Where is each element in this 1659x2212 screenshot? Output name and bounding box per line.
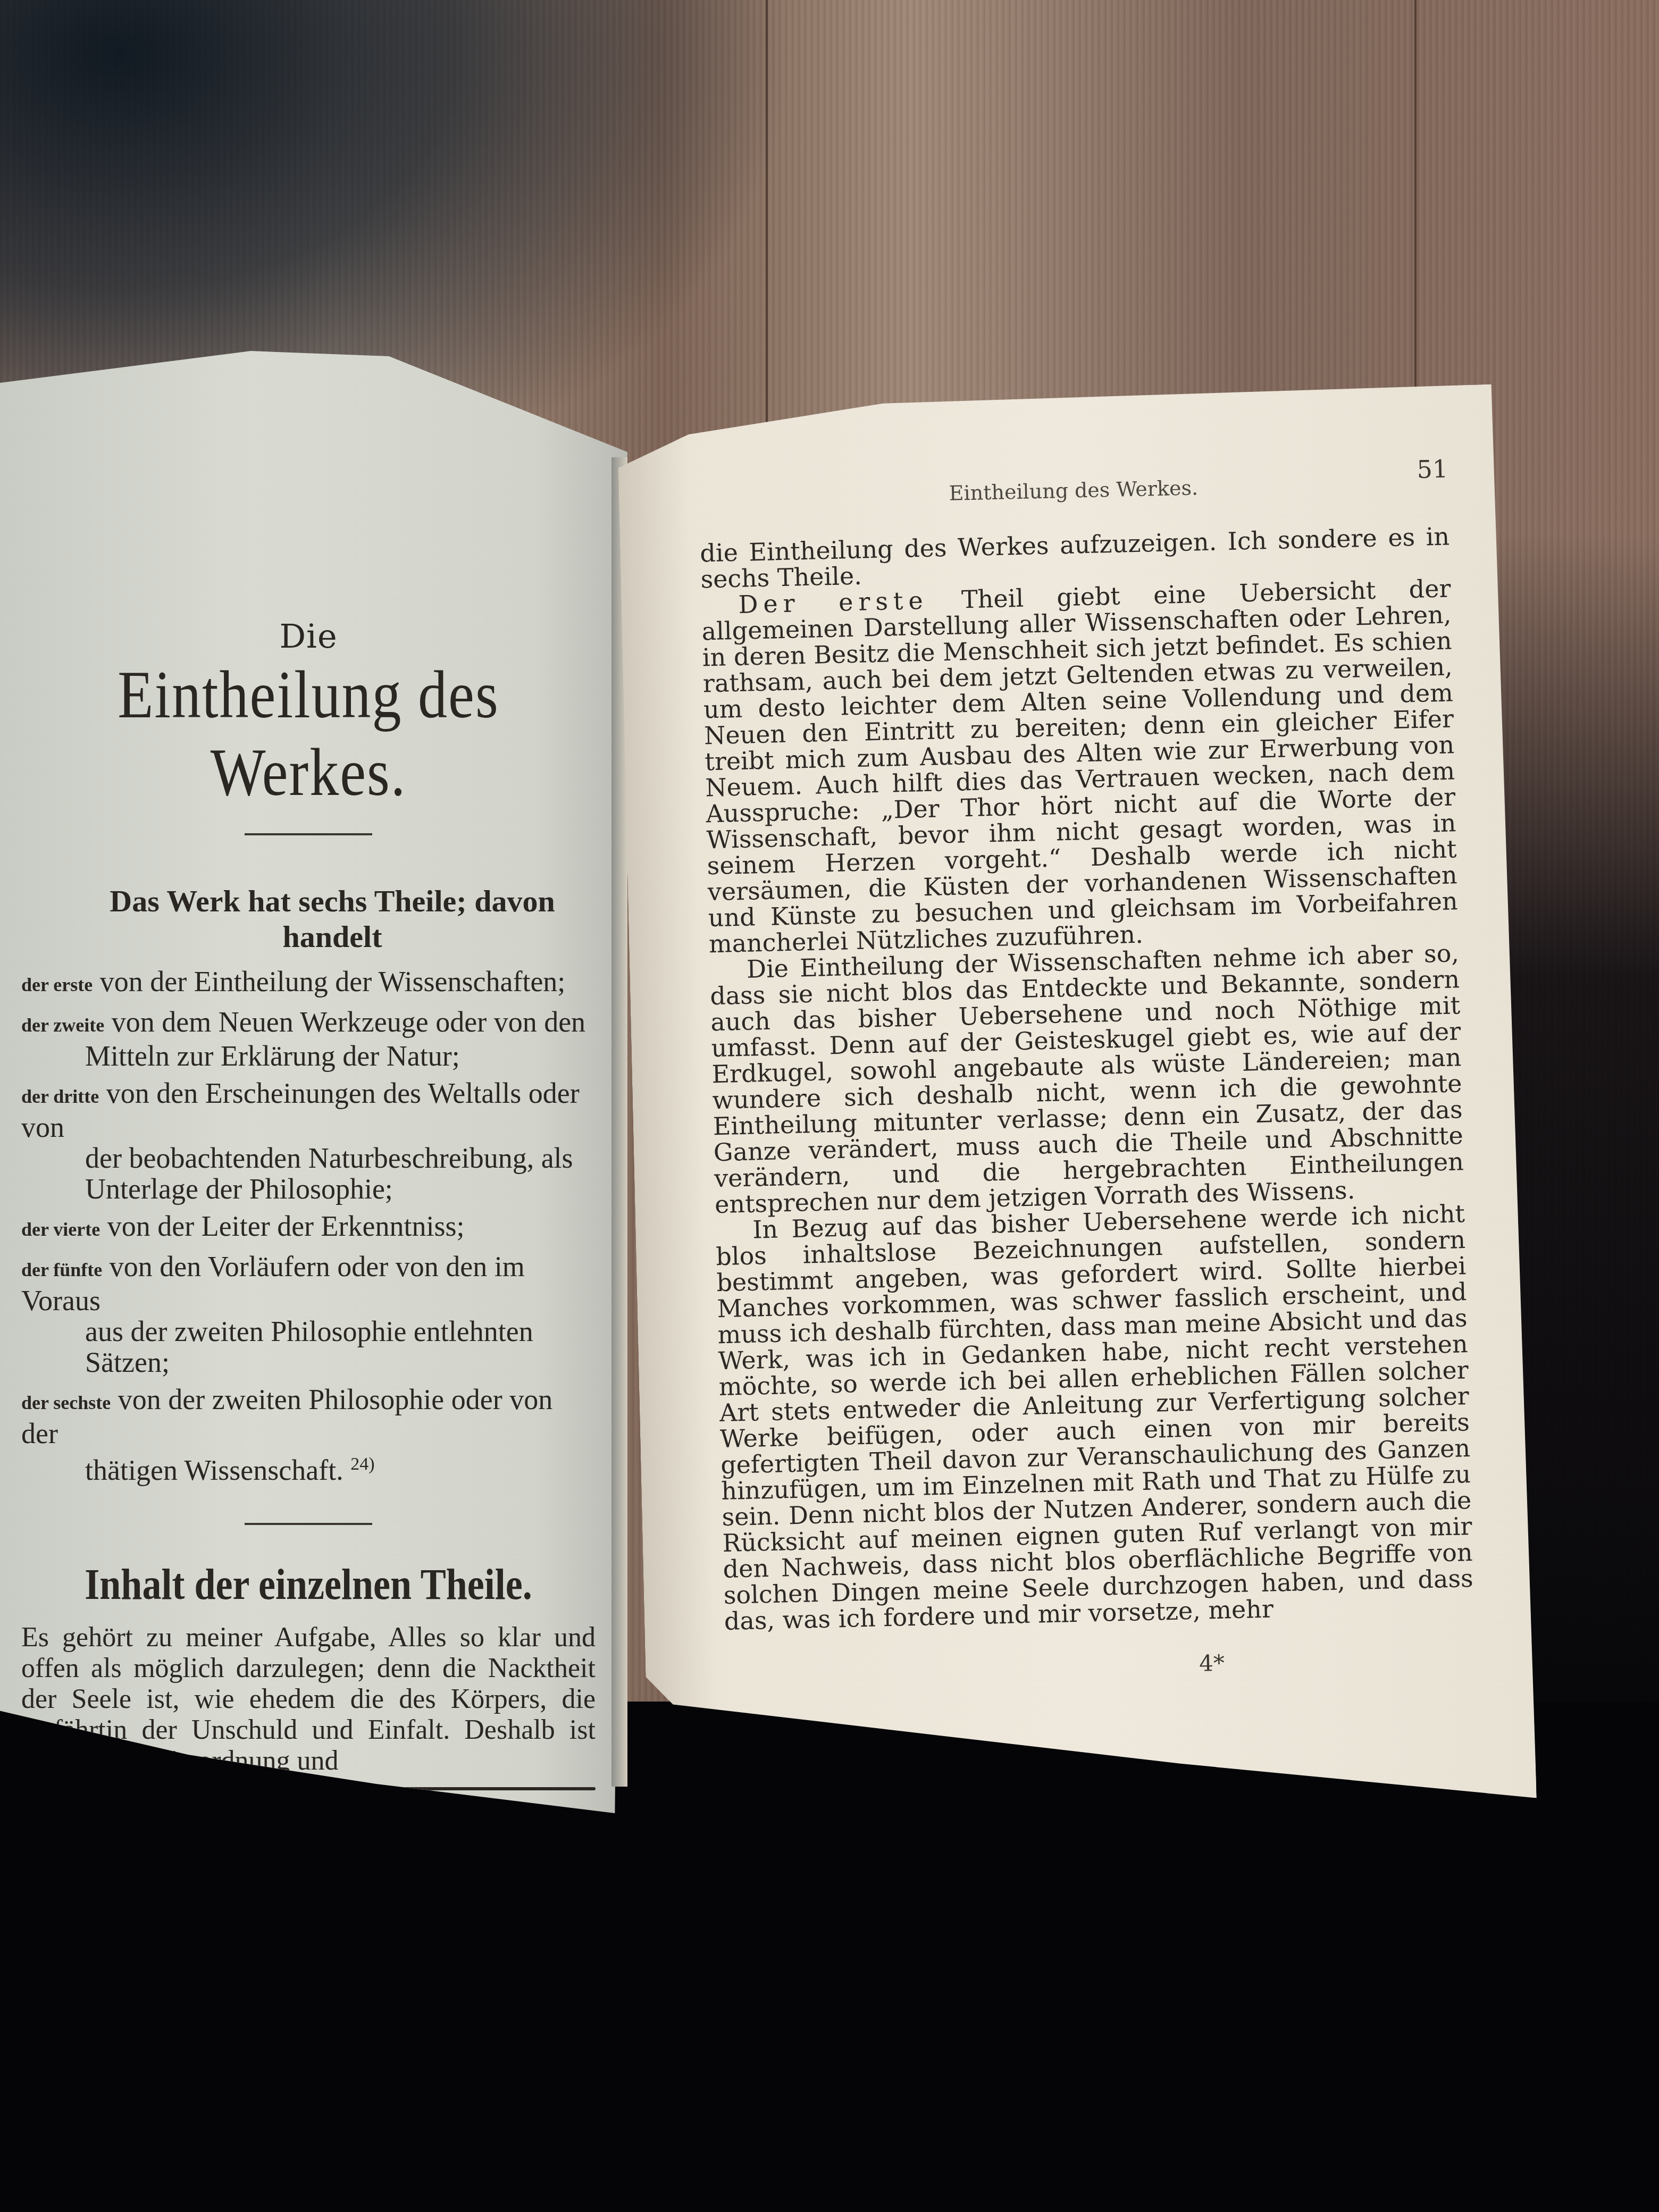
list-item: der sechste von der zweiten Philosophie …	[21, 1384, 596, 1486]
right-page: Eintheilung des Werkes. 51 die Eintheilu…	[617, 384, 1537, 1818]
part-continuation: aus der zweiten Philosophie entlehnten S…	[21, 1316, 596, 1378]
list-item: der zweite von dem Neuen Werkzeuge oder …	[21, 1007, 596, 1071]
signature-mark: 4*	[725, 1644, 1476, 1687]
section-heading: Inhalt der einzelnen Theile.	[21, 1559, 596, 1610]
left-page: Die Eintheilung des Werkes. Das Werk hat…	[0, 351, 627, 1813]
paragraph-text: Die Eintheilung der Wissenschaften nehme…	[710, 939, 1464, 1219]
paragraph-text: Theil giebt eine Uebersicht der allgemei…	[701, 574, 1458, 959]
part-continuation: Mitteln zur Erklärung der Natur;	[21, 1041, 596, 1071]
part-text: von der Leiter der Erkenntniss;	[107, 1210, 465, 1242]
part-text: von der Eintheilung der Wissenschaften;	[100, 966, 566, 998]
part-ordinal: der dritte	[21, 1086, 99, 1107]
page-number: 51	[1417, 455, 1448, 484]
divider	[245, 833, 372, 835]
part-ordinal: der sechste	[21, 1392, 111, 1413]
list-item: der dritte von den Erscheinungen des Wel…	[21, 1078, 596, 1204]
paragraph: Der erste Theil giebt eine Uebersicht de…	[701, 576, 1459, 958]
page-title: Eintheilung des Werkes.	[21, 656, 596, 811]
list-item: der erste von der Eintheilung der Wissen…	[21, 966, 596, 1000]
divider	[245, 1523, 372, 1525]
part-continuation: der beobachtenden Naturbeschreibung, als…	[21, 1143, 596, 1204]
running-head: Eintheilung des Werkes.	[699, 471, 1449, 511]
part-ordinal: der erste	[21, 974, 93, 995]
part-continuation-wrap: thätigen Wissenschaft. 24)	[21, 1449, 596, 1486]
part-text: von dem Neuen Werkzeuge oder von den	[112, 1006, 585, 1038]
body-text: die Eintheilung des Werkes aufzuzeigen. …	[700, 524, 1474, 1635]
paragraph: In Bezug auf das bisher Uebersehene werd…	[715, 1201, 1474, 1635]
part-text: von den Erscheinungen des Weltalls oder …	[21, 1077, 580, 1143]
list-item: der fünfte von den Vorläufern oder von d…	[21, 1251, 596, 1378]
list-item: der vierte von der Leiter der Erkenntnis…	[21, 1211, 596, 1245]
paragraph-text: In Bezug auf das bisher Uebersehene werd…	[716, 1199, 1473, 1636]
title-line-1: Die	[21, 617, 596, 656]
part-continuation: thätigen Wissenschaft.	[85, 1454, 343, 1486]
paragraph: Die Eintheilung der Wissenschaften nehme…	[709, 940, 1465, 1218]
part-ordinal: der vierte	[21, 1219, 100, 1240]
parts-list: der erste von der Eintheilung der Wissen…	[21, 966, 596, 1486]
footnote-reference: 24)	[350, 1454, 374, 1474]
page-header: Eintheilung des Werkes. 51	[698, 455, 1449, 520]
intro-sentence: Das Werk hat sechs Theile; davon handelt	[69, 883, 596, 954]
part-ordinal: der zweite	[21, 1015, 104, 1036]
part-ordinal: der fünfte	[21, 1259, 102, 1280]
